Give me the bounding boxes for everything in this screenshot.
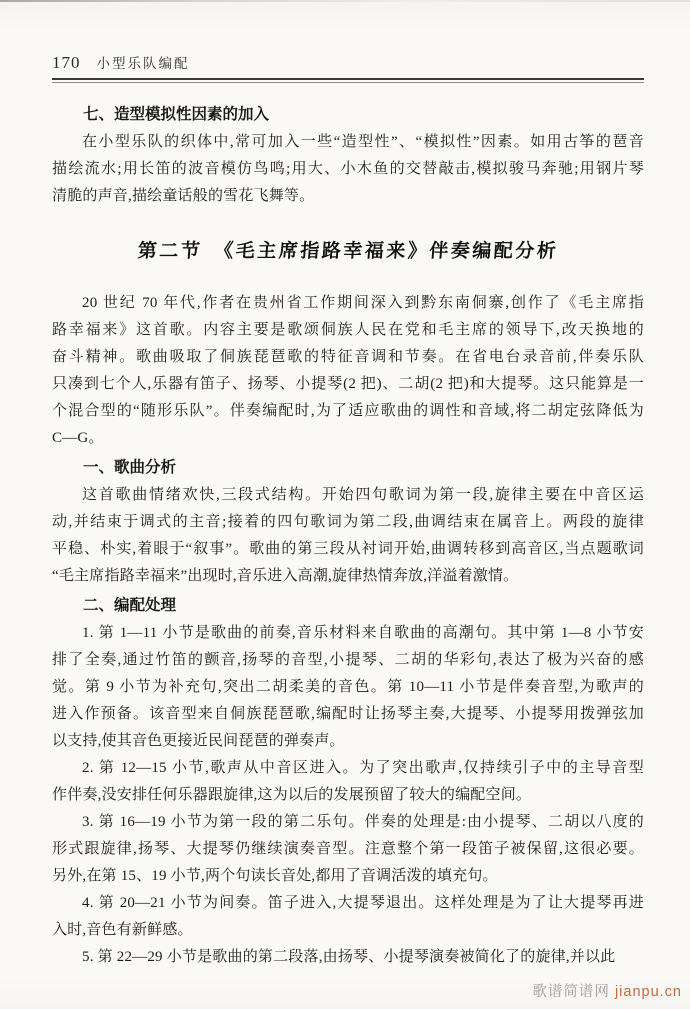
scan-edge-artifact — [0, 0, 690, 2]
text-line: 形式跟旋律,扬琴、大提琴仍继续演奏音型。注意整个第一段笛子被保留,这很必要。 — [52, 836, 644, 863]
paragraph: 1. 第 1—11 小节是歌曲的前奏,音乐材料来自歌曲的高潮句。其中第 1—8 … — [52, 620, 644, 755]
paragraph: 2. 第 12—15 小节,歌声从中音区进入。为了突出歌声,仅持续引子中的主导音… — [52, 755, 644, 809]
paragraph: 3. 第 16—19 小节为第一段的第二乐句。伴奏的处理是:由小提琴、二胡以八度… — [52, 809, 644, 890]
book-title: 小型乐队编配 — [97, 52, 190, 72]
text-line: 清脆的声音,描绘童话般的雪花飞舞等。 — [52, 183, 644, 210]
text-line: 4. 第 20—21 小节为间奏。笛子进入,大提琴退出。这样处理是为了让大提琴再… — [52, 890, 644, 917]
section-2-title: 第二节 《毛主席指路幸福来》伴奏编配分析 — [51, 237, 645, 267]
scanned-book-page: 170 小型乐队编配 七、造型模拟性因素的加入在小型乐队的织体中,常可加入一些“… — [0, 0, 690, 1009]
text-line: 路幸福来》这首歌。内容主要是歌颂侗族人民在党和毛主席的领导下,改天换地的 — [52, 317, 644, 344]
text-line: 2. 第 12—15 小节,歌声从中音区进入。为了突出歌声,仅持续引子中的主导音… — [52, 755, 644, 782]
text-line: 排了全奏,通过竹笛的颤音,扬琴的音型,小提琴、二胡的华彩句,表达了极为兴奋的感 — [52, 647, 644, 674]
paragraph: 这首歌曲情绪欢快,三段式结构。开始四句歌词为第一段,旋律主要在中音区运动,并结束… — [52, 482, 644, 590]
text-line: 个混合型的“随形乐队”。伴奏编配时,为了适应歌曲的调性和音域,将二胡定弦降低为 — [52, 398, 644, 425]
text-line: 进入作预备。该音型来自侗族琵琶歌,编配时让扬琴主奏,大提琴、小提琴用拨弹弦加 — [52, 701, 644, 728]
text-line: 1. 第 1—11 小节是歌曲的前奏,音乐材料来自歌曲的高潮句。其中第 1—8 … — [52, 620, 644, 647]
text-line: 觉。第 9 小节为补充句,突出二胡柔美的音色。第 10—11 小节是伴奏音型,为… — [52, 674, 644, 701]
text-line: 另外,在第 15、19 小节,两个句读长音处,都用了音调活泼的填充句。 — [52, 863, 644, 890]
text-line: 作伴奏,没安排任何乐器跟旋律,这为以后的发展预留了较大的编配空间。 — [52, 782, 644, 809]
watermark-site-url[interactable]: jianpu.cn — [615, 984, 682, 1000]
paragraph: 在小型乐队的织体中,常可加入一些“造型性”、“模拟性”因素。如用古筝的琶音描绘流… — [52, 129, 644, 210]
page-header: 170 小型乐队编配 — [0, 0, 690, 83]
text-line: 以支持,使其音色更接近民间琵琶的弹奏声。 — [52, 728, 644, 755]
text-line: C—G。 — [52, 425, 644, 452]
heading-section-7: 七、造型模拟性因素的加入 — [52, 100, 644, 129]
paragraph: 20 世纪 70 年代,作者在贵州省工作期间深入到黔东南侗寨,创作了《毛主席指路… — [52, 290, 644, 452]
text-line: 只凑到七个人,乐器有笛子、扬琴、小提琴(2 把)、二胡(2 把)和大提琴。这只能… — [52, 371, 644, 398]
text-line: 奋斗精神。歌曲吸取了侗族琵琶歌的特征音调和节奏。在省电台录音前,伴奏乐队 — [52, 344, 644, 371]
text-line: 动,并结束于调式的主音;接着的四句歌词为第二段,曲调结束在属音上。两段的旋律 — [52, 509, 644, 536]
watermark: 歌谱简谱网 jianpu.cn — [532, 980, 682, 1001]
text-line: “毛主席指路幸福来”出现时,音乐进入高潮,旋律热情奔放,洋溢着激情。 — [52, 563, 644, 590]
paragraph: 4. 第 20—21 小节为间奏。笛子进入,大提琴退出。这样处理是为了让大提琴再… — [52, 890, 644, 944]
heading-arrangement: 二、编配处理 — [52, 591, 644, 620]
text-line: 平稳、朴实,着眼于“叙事”。歌曲的第三段从衬词开始,曲调转移到高音区,当点题歌词 — [52, 536, 644, 563]
page-body: 七、造型模拟性因素的加入在小型乐队的织体中,常可加入一些“造型性”、“模拟性”因… — [0, 83, 690, 971]
text-line: 入时,音色有新鲜感。 — [52, 917, 644, 944]
text-line: 描绘流水;用长笛的波音模仿鸟鸣;用大、小木鱼的交替敲击,模拟骏马奔驰;用钢片琴 — [52, 156, 644, 183]
page-number: 170 — [52, 53, 81, 73]
text-line: 20 世纪 70 年代,作者在贵州省工作期间深入到黔东南侗寨,创作了《毛主席指 — [52, 290, 644, 317]
watermark-site-name: 歌谱简谱网 — [532, 984, 610, 1000]
text-line: 在小型乐队的织体中,常可加入一些“造型性”、“模拟性”因素。如用古筝的琶音 — [52, 129, 644, 156]
text-line: 3. 第 16—19 小节为第一段的第二乐句。伴奏的处理是:由小提琴、二胡以八度… — [52, 809, 644, 836]
paragraph: 5. 第 22—29 小节是歌曲的第二段落,由扬琴、小提琴演奏被简化了的旋律,并… — [52, 944, 644, 971]
heading-song-analysis: 一、歌曲分析 — [52, 453, 644, 482]
text-line: 5. 第 22—29 小节是歌曲的第二段落,由扬琴、小提琴演奏被简化了的旋律,并… — [52, 944, 644, 971]
text-line: 这首歌曲情绪欢快,三段式结构。开始四句歌词为第一段,旋律主要在中音区运 — [52, 482, 644, 509]
